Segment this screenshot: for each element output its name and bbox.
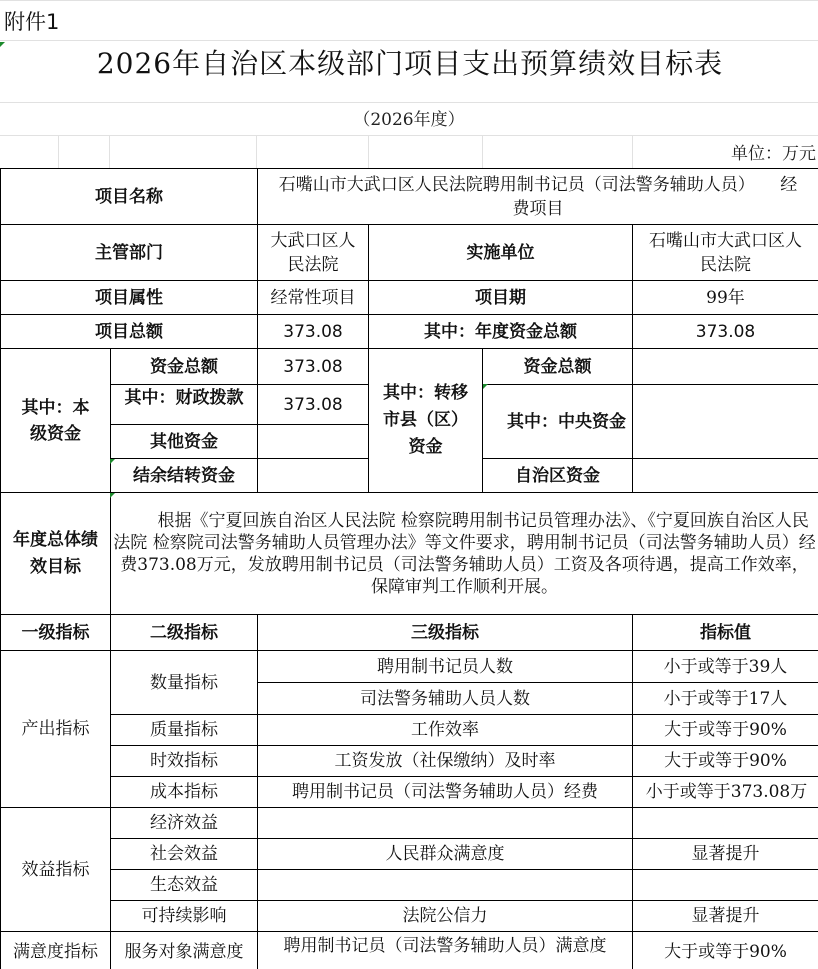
local-carryover-label: 结余结转资金 bbox=[111, 459, 258, 493]
dept-label: 主管部门 bbox=[1, 225, 258, 281]
transfer-central-value[interactable] bbox=[633, 385, 818, 459]
gridline bbox=[0, 102, 818, 103]
level3-cell[interactable]: 司法警务辅助人员人数 bbox=[258, 683, 633, 715]
goal-text[interactable]: 根据《宁夏回族自治区人民法院 检察院聘用制书记员管理办法》、《宁夏回族自治区人民… bbox=[111, 493, 818, 615]
transfer-total-label: 资金总额 bbox=[483, 349, 633, 385]
level2-quantity: 数量指标 bbox=[111, 651, 258, 715]
indicator-value-cell[interactable]: 大于或等于90% bbox=[633, 746, 818, 777]
total-label: 项目总额 bbox=[1, 315, 258, 349]
indicator-value-cell[interactable]: 小于或等于373.08万 bbox=[633, 777, 818, 808]
indicator-value-cell[interactable] bbox=[633, 870, 818, 901]
level3-cell[interactable]: 聘用制书记员（司法警务辅助人员）满意度 bbox=[258, 932, 633, 969]
level2-service-satisfaction: 服务对象满意度 bbox=[111, 932, 258, 969]
attr-label: 项目属性 bbox=[1, 281, 258, 315]
local-total-label: 资金总额 bbox=[111, 349, 258, 385]
comment-marker-icon bbox=[110, 493, 115, 498]
header-level1: 一级指标 bbox=[1, 615, 111, 651]
unit-label: 单位：万元 bbox=[731, 138, 816, 168]
local-fiscal-value[interactable]: 373.08 bbox=[258, 385, 369, 425]
level2-timeliness: 时效指标 bbox=[111, 746, 258, 777]
performance-table: 项目名称 石嘴山市大武口区人民法院聘用制书记员（司法警务辅助人员） 经费项目 主… bbox=[0, 168, 818, 969]
indicator-value-cell[interactable]: 小于或等于39人 bbox=[633, 651, 818, 683]
indicator-value-cell[interactable]: 显著提升 bbox=[633, 901, 818, 932]
total-value[interactable]: 373.08 bbox=[258, 315, 369, 349]
gridline bbox=[0, 0, 818, 1]
level3-cell[interactable] bbox=[258, 808, 633, 839]
level3-cell[interactable] bbox=[258, 870, 633, 901]
header-level3: 三级指标 bbox=[258, 615, 633, 651]
gridline bbox=[632, 135, 633, 168]
local-total-value[interactable]: 373.08 bbox=[258, 349, 369, 385]
gridline bbox=[109, 135, 110, 168]
comment-marker-icon bbox=[110, 459, 115, 464]
indicator-value-cell[interactable]: 小于或等于17人 bbox=[633, 683, 818, 715]
gridline bbox=[58, 135, 59, 168]
transfer-region-value[interactable] bbox=[633, 459, 818, 493]
dept-value[interactable]: 大武口区人民法院 bbox=[258, 225, 369, 281]
local-other-value[interactable] bbox=[258, 425, 369, 459]
indicator-value-cell[interactable] bbox=[633, 808, 818, 839]
local-other-label: 其他资金 bbox=[111, 425, 258, 459]
local-funds-group-label: 其中：本级资金 bbox=[1, 349, 111, 493]
level3-cell[interactable]: 聘用制书记员人数 bbox=[258, 651, 633, 683]
year-label: （2026年度） bbox=[0, 104, 818, 136]
period-value[interactable]: 99年 bbox=[633, 281, 818, 315]
transfer-funds-group-label: 其中：转移市县（区）资金 bbox=[369, 349, 483, 493]
level2-social: 社会效益 bbox=[111, 839, 258, 870]
page-title: 2026年自治区本级部门项目支出预算绩效目标表 bbox=[0, 40, 818, 100]
level1-satisfaction: 满意度指标 bbox=[1, 932, 111, 969]
level2-cost: 成本指标 bbox=[111, 777, 258, 808]
transfer-central-label: 其中：中央资金 bbox=[483, 385, 633, 459]
level3-cell[interactable]: 工资发放（社保缴纳）及时率 bbox=[258, 746, 633, 777]
header-value: 指标值 bbox=[633, 615, 818, 651]
period-label: 项目期 bbox=[369, 281, 633, 315]
header-level2: 二级指标 bbox=[111, 615, 258, 651]
indicator-value-cell[interactable]: 大于或等于90% bbox=[633, 932, 818, 969]
goal-label: 年度总体绩效目标 bbox=[1, 493, 111, 615]
level3-cell[interactable]: 聘用制书记员（司法警务辅助人员）经费 bbox=[258, 777, 633, 808]
project-name-label: 项目名称 bbox=[1, 169, 258, 225]
gridline bbox=[256, 135, 257, 168]
indicator-value-cell[interactable]: 大于或等于90% bbox=[633, 715, 818, 746]
annual-total-value[interactable]: 373.08 bbox=[633, 315, 818, 349]
transfer-region-label: 自治区资金 bbox=[483, 459, 633, 493]
attr-value[interactable]: 经常性项目 bbox=[258, 281, 369, 315]
level3-cell[interactable]: 工作效率 bbox=[258, 715, 633, 746]
level3-cell[interactable]: 人民群众满意度 bbox=[258, 839, 633, 870]
level2-economic: 经济效益 bbox=[111, 808, 258, 839]
level3-cell[interactable]: 法院公信力 bbox=[258, 901, 633, 932]
attachment-label: 附件1 bbox=[4, 6, 59, 36]
project-name-value[interactable]: 石嘴山市大武口区人民法院聘用制书记员（司法警务辅助人员） 经费项目 bbox=[258, 169, 818, 225]
local-fiscal-label: 其中：财政拨款 bbox=[111, 385, 258, 425]
comment-marker-icon bbox=[483, 384, 488, 389]
impl-label: 实施单位 bbox=[369, 225, 633, 281]
gridline bbox=[482, 135, 483, 168]
level1-benefit: 效益指标 bbox=[1, 808, 111, 932]
indicator-value-cell[interactable]: 显著提升 bbox=[633, 839, 818, 870]
level2-ecological: 生态效益 bbox=[111, 870, 258, 901]
transfer-total-value[interactable] bbox=[633, 349, 818, 385]
local-carryover-value[interactable] bbox=[258, 459, 369, 493]
level2-quality: 质量指标 bbox=[111, 715, 258, 746]
level2-sustainable: 可持续影响 bbox=[111, 901, 258, 932]
impl-value[interactable]: 石嘴山市大武口区人民法院 bbox=[633, 225, 818, 281]
level1-output: 产出指标 bbox=[1, 651, 111, 808]
gridline bbox=[368, 135, 369, 168]
annual-total-label: 其中：年度资金总额 bbox=[369, 315, 633, 349]
